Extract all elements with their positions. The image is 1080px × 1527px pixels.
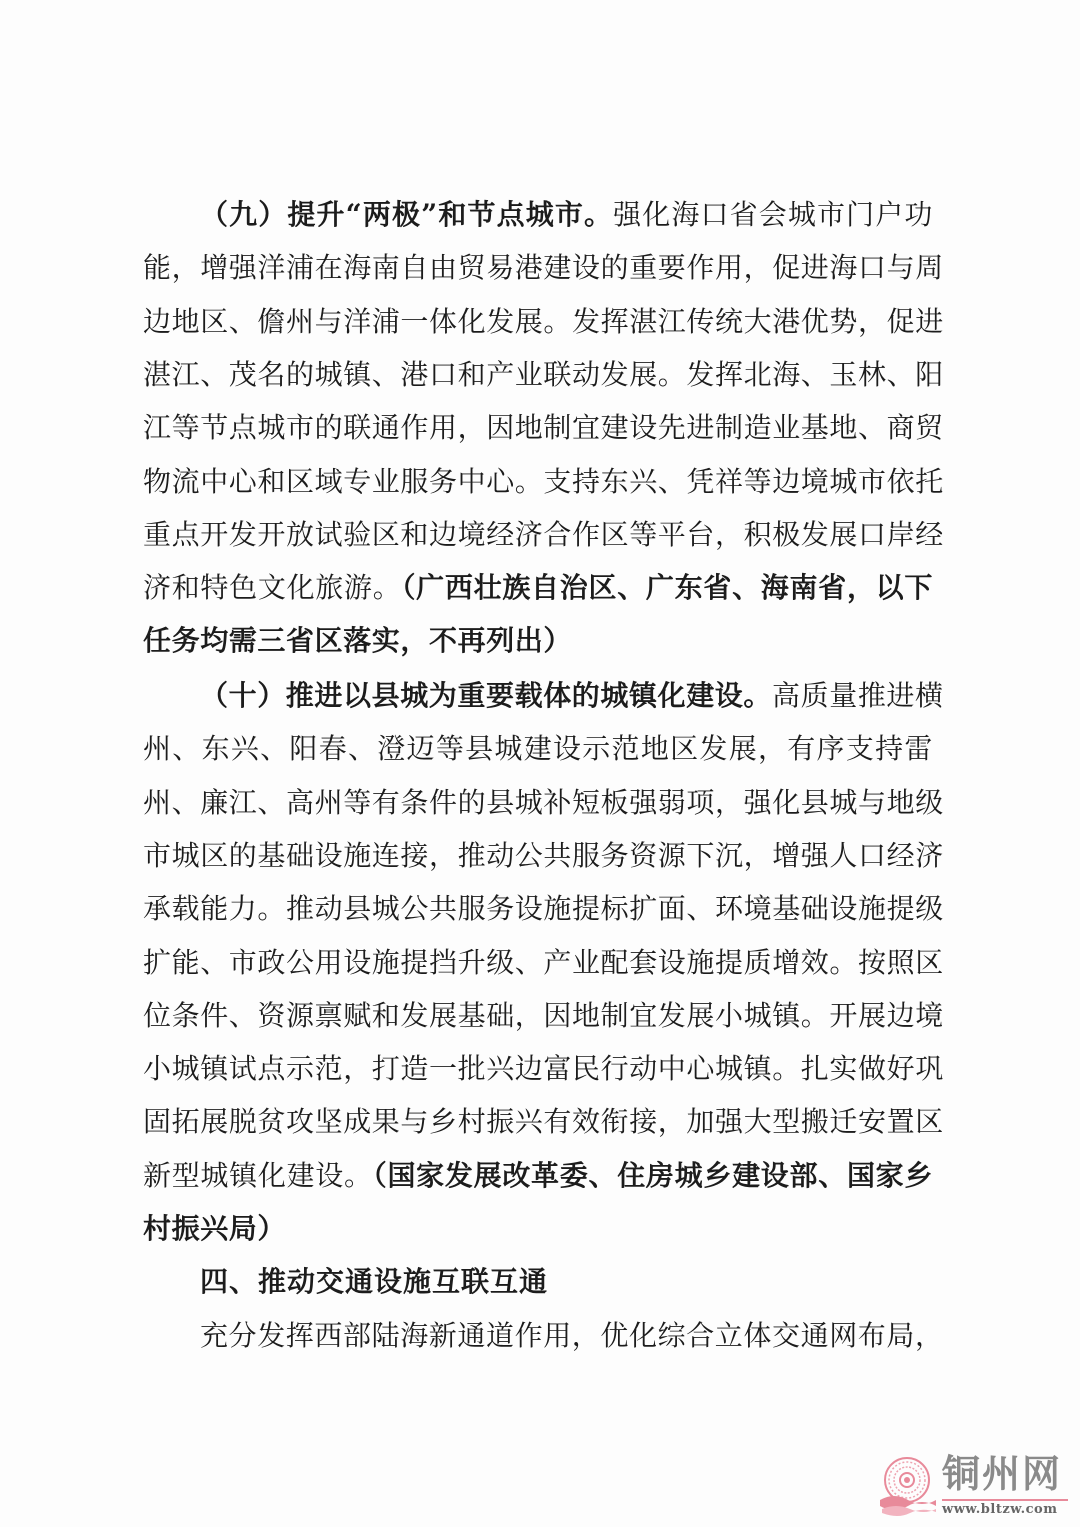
document-page: （九）提升“两极”和节点城市。强化海口省会城市门户功能，增强洋浦在海南自由贸易港… [0,0,1080,1527]
paragraph-line: 州、廉江、高州等有条件的县城补短板强弱项，强化县城与地级 [143,783,933,823]
watermark-site-name: 铜州网 [942,1452,1062,1496]
paragraph-line: 市城区的基础设施连接，推动公共服务资源下沉，增强人口经济 [143,836,933,876]
watermark-divider [942,1499,1068,1501]
paragraph-line: 州、东兴、阳春、澄迈等县城建设示范地区发展，有序支持雷 [143,729,933,769]
paragraph-line: 新型城镇化建设。（国家发展改革委、住房城乡建设部、国家乡 [143,1156,933,1196]
paragraph-line: 重点开发开放试验区和边境经济合作区等平台，积极发展口岸经 [143,515,933,555]
paragraph-line: 扩能、市政公用设施提挡升级、产业配套设施提质增效。按照区 [143,943,933,983]
text-run: 新型城镇化建设。 [143,1159,373,1192]
paragraph-line: 任务均需三省区落实，不再列出） [143,621,933,661]
paragraph-line: 江等节点城市的联通作用，因地制宜建设先进制造业基地、商贸 [143,408,933,448]
paragraph-line: 边地区、儋州与洋浦一体化发展。发挥湛江传统大港优势，促进 [143,302,933,342]
section-heading-4: 四、推动交通设施互联互通 [200,1262,548,1302]
text-run: 强化海口省会城市门户功 [613,198,933,231]
text-run: 高质量推进横 [772,679,944,712]
paragraph-line: 济和特色文化旅游。（广西壮族自治区、广东省、海南省，以下 [143,568,933,608]
bold-text-run: （九）提升“两极”和节点城市。 [200,198,613,231]
paragraph-line: 村振兴局） [143,1209,933,1249]
bold-text-run: （国家发展改革委、住房城乡建设部、国家乡 [373,1159,933,1192]
watermark-url: www.bltzw.com [942,1502,1057,1518]
paragraph-line: 能，增强洋浦在海南自由贸易港建设的重要作用，促进海口与周 [143,248,933,288]
paragraph-line: 承载能力。推动县城公共服务设施提标扩面、环境基础设施提级 [143,889,933,929]
paragraph-line: 位条件、资源禀赋和发展基础，因地制宜发展小城镇。开展边境 [143,996,933,1036]
paragraph-line: 小城镇试点示范，打造一批兴边富民行动中心城镇。扎实做好巩 [143,1049,933,1089]
paragraph-line: 物流中心和区域专业服务中心。支持东兴、凭祥等边境城市依托 [143,462,933,502]
paragraph-line: （九）提升“两极”和节点城市。强化海口省会城市门户功 [200,195,933,235]
paragraph-line: 固拓展脱贫攻坚成果与乡村振兴有效衔接，加强大型搬迁安置区 [143,1102,933,1142]
bold-text-run: 村振兴局） [143,1212,286,1245]
bold-text-run: （广西壮族自治区、广东省、海南省，以下 [401,571,933,604]
paragraph-line: 湛江、茂名的城镇、港口和产业联动发展。发挥北海、玉林、阳 [143,355,933,395]
site-watermark: 铜州网 www.bltzw.com [878,1452,1073,1522]
bold-text-run: 任务均需三省区落实，不再列出） [143,624,572,657]
circular-seal-wave-icon [878,1456,936,1516]
section-4-intro-line: 充分发挥西部陆海新通道作用，优化综合立体交通网布局， [200,1316,933,1356]
text-run: 济和特色文化旅游。 [143,571,401,604]
bold-text-run: （十）推进以县城为重要载体的城镇化建设。 [200,679,772,712]
paragraph-line: （十）推进以县城为重要载体的城镇化建设。高质量推进横 [200,676,933,716]
